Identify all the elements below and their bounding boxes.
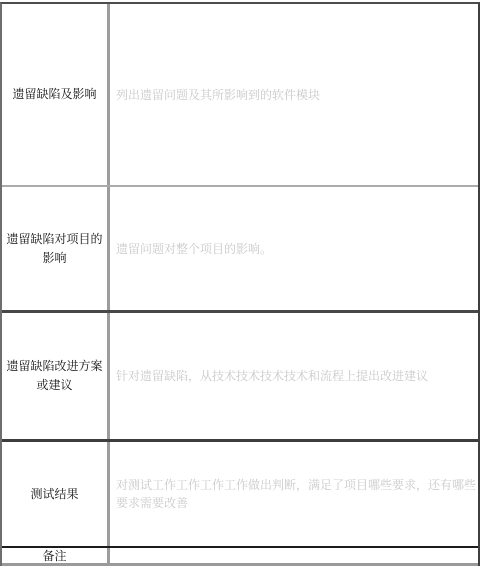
defects-project-impact-field[interactable]: 遗留问题对整个项目的影响。 bbox=[110, 187, 478, 310]
row-test-result: 测试结果 对测试工作工作工作工作做出判断，满足了项目哪些要求，还有哪些要求需要改… bbox=[2, 442, 478, 548]
remarks-field[interactable] bbox=[110, 548, 478, 563]
test-result-field[interactable]: 对测试工作工作工作工作做出判断，满足了项目哪些要求，还有哪些要求需要改善 bbox=[110, 442, 478, 546]
defect-improvement-field[interactable]: 针对遗留缺陷，从技术技术技术技术和流程上提出改进建议 bbox=[110, 313, 478, 439]
row-remarks: 备注 bbox=[2, 548, 478, 566]
defect-improvement-label: 遗留缺陷改进方案或建议 bbox=[2, 313, 110, 439]
test-result-label: 测试结果 bbox=[2, 442, 110, 546]
document-page: 遗留缺陷及影响 列出遗留问题及其所影响到的软件模块 遗留缺陷对项目的影响 遗留问… bbox=[0, 0, 480, 570]
remarks-label: 备注 bbox=[2, 548, 110, 563]
report-table: 遗留缺陷及影响 列出遗留问题及其所影响到的软件模块 遗留缺陷对项目的影响 遗留问… bbox=[0, 2, 480, 566]
defects-project-impact-label: 遗留缺陷对项目的影响 bbox=[2, 187, 110, 310]
row-defect-improvement-suggestions: 遗留缺陷改进方案或建议 针对遗留缺陷，从技术技术技术技术和流程上提出改进建议 bbox=[2, 313, 478, 442]
row-remaining-defects-and-impact: 遗留缺陷及影响 列出遗留问题及其所影响到的软件模块 bbox=[2, 4, 478, 187]
row-defects-project-impact: 遗留缺陷对项目的影响 遗留问题对整个项目的影响。 bbox=[2, 187, 478, 313]
remaining-defects-label: 遗留缺陷及影响 bbox=[2, 4, 110, 185]
remaining-defects-field[interactable]: 列出遗留问题及其所影响到的软件模块 bbox=[110, 4, 478, 185]
